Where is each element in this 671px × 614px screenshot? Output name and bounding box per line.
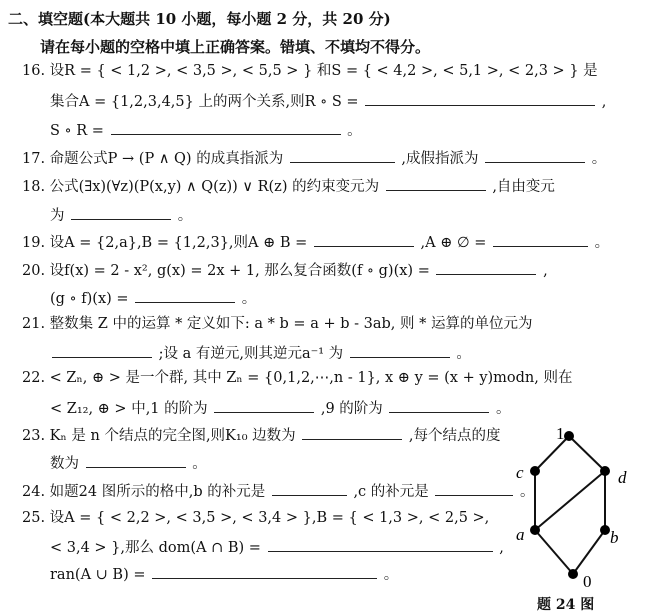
question-text: 设A = {2,a},B = {1,2,3},则A ⊕ B =	[50, 235, 312, 251]
question-text: 。	[192, 456, 207, 472]
question-text: 。	[384, 567, 399, 583]
question-text: ,成假指派为	[401, 151, 478, 167]
answer-blank[interactable]	[389, 398, 489, 413]
answer-blank[interactable]	[52, 343, 152, 358]
question-number: 20.	[22, 263, 45, 279]
answer-blank[interactable]	[214, 398, 314, 413]
question-text: 公式(∃x)(∀z)(P(x,y) ∧ Q(z)) ∨ R(z) 的约束变元为	[50, 179, 379, 195]
question-number: 21.	[22, 316, 45, 332]
question-text: ,每个结点的度	[409, 428, 501, 444]
label-0: 0	[583, 572, 592, 591]
question-number: 25.	[22, 510, 45, 526]
question-text: 为	[50, 208, 65, 224]
answer-blank[interactable]	[111, 120, 341, 135]
label-c: c	[516, 463, 524, 482]
question-21-line2: ;设 a 有逆元,则其逆元a⁻¹ 为 。	[50, 343, 471, 363]
question-text: 整数集 Z 中的运算 * 定义如下: a * b = a + b - 3ab, …	[50, 316, 533, 332]
answer-blank[interactable]	[135, 288, 235, 303]
answer-blank[interactable]	[152, 564, 377, 579]
question-text: 设f(x) = 2 - x², g(x) = 2x + 1, 那么复合函数(f …	[50, 263, 435, 279]
question-18-line2: 为 。	[50, 205, 192, 225]
node-d	[600, 466, 610, 476]
answer-blank[interactable]	[71, 205, 171, 220]
node-0	[568, 569, 578, 579]
answer-blank[interactable]	[493, 232, 588, 247]
question-text: 命题公式P → (P ∧ Q) 的成真指派为	[50, 151, 284, 167]
answer-blank[interactable]	[314, 232, 414, 247]
question-text: 集合A = {1,2,3,4,5} 上的两个关系,则R ∘ S =	[50, 94, 363, 110]
lattice-diagram: 1 c d a b 0	[500, 415, 671, 614]
question-number: 22.	[22, 370, 45, 386]
answer-blank[interactable]	[350, 343, 450, 358]
answer-blank[interactable]	[365, 91, 595, 106]
question-16: 16. 设R = { < 1,2 >, < 3,5 >, < 5,5 > } 和…	[22, 62, 598, 80]
question-22-line2: < Z₁₂, ⊕ > 中,1 的阶为 ,9 的阶为 。	[50, 398, 511, 418]
question-text: < Z₁₂, ⊕ > 中,1 的阶为	[50, 401, 208, 417]
question-number: 23.	[22, 428, 45, 444]
question-24: 24. 如题24 图所示的格中,b 的补元是 ,c 的补元是 。	[22, 481, 535, 501]
question-19: 19. 设A = {2,a},B = {1,2,3},则A ⊕ B = ,A ⊕…	[22, 232, 609, 252]
answer-blank[interactable]	[290, 148, 395, 163]
question-text: ,9 的阶为	[321, 401, 383, 417]
node-c	[530, 466, 540, 476]
question-text: < Zₙ, ⊕ > 是一个群, 其中 Zₙ = {0,1,2,⋯,n - 1},…	[50, 370, 573, 386]
question-text: ,c 的补元是	[353, 484, 428, 500]
node-b	[600, 525, 610, 535]
question-text: ,	[602, 94, 607, 110]
question-text: 。	[242, 291, 257, 307]
answer-blank[interactable]	[272, 481, 347, 496]
answer-blank[interactable]	[302, 425, 402, 440]
section-instruction: 请在每小题的空格中填上正确答案。错填、不填均不得分。	[40, 38, 430, 56]
label-a: a	[516, 525, 525, 544]
question-text: 。	[595, 235, 610, 251]
question-number: 18.	[22, 179, 45, 195]
figure-caption: 题 24 图	[537, 594, 594, 614]
question-25: 25. 设A = { < 2,2 >, < 3,5 >, < 3,4 > },B…	[22, 509, 489, 527]
question-number: 24.	[22, 484, 45, 500]
node-1	[564, 431, 574, 441]
question-text: 。	[347, 123, 362, 139]
question-number: 16.	[22, 63, 45, 79]
question-text: ;设 a 有逆元,则其逆元a⁻¹ 为	[159, 346, 344, 362]
question-text: 设A = { < 2,2 >, < 3,5 >, < 3,4 > },B = {…	[50, 510, 490, 526]
question-20-line2: (g ∘ f)(x) = 。	[50, 288, 256, 308]
question-23: 23. Kₙ 是 n 个结点的完全图,则K₁₀ 边数为 ,每个结点的度	[22, 425, 500, 445]
question-number: 19.	[22, 235, 45, 251]
question-17: 17. 命题公式P → (P ∧ Q) 的成真指派为 ,成假指派为 。	[22, 148, 606, 168]
section-heading: 二、填空题(本大题共 10 小题，每小题 2 分，共 20 分)	[8, 10, 391, 28]
question-text: 。	[456, 346, 471, 362]
question-20: 20. 设f(x) = 2 - x², g(x) = 2x + 1, 那么复合函…	[22, 260, 548, 280]
answer-blank[interactable]	[86, 453, 186, 468]
answer-blank[interactable]	[386, 176, 486, 191]
question-25-line2: < 3,4 > },那么 dom(A ∩ B) = ,	[50, 537, 504, 557]
question-text: S ∘ R =	[50, 123, 109, 139]
answer-blank[interactable]	[268, 537, 493, 552]
answer-blank[interactable]	[485, 148, 585, 163]
question-21: 21. 整数集 Z 中的运算 * 定义如下: a * b = a + b - 3…	[22, 315, 532, 333]
question-23-line2: 数为 。	[50, 453, 207, 473]
question-16-line2: 集合A = {1,2,3,4,5} 上的两个关系,则R ∘ S = ,	[50, 91, 606, 111]
label-d: d	[618, 468, 627, 487]
label-b: b	[610, 528, 619, 547]
question-16-line3: S ∘ R = 。	[50, 120, 362, 140]
answer-blank[interactable]	[436, 260, 536, 275]
lattice-edges	[535, 436, 605, 574]
question-25-line3: ran(A ∪ B) = 。	[50, 564, 398, 584]
question-22: 22. < Zₙ, ⊕ > 是一个群, 其中 Zₙ = {0,1,2,⋯,n -…	[22, 369, 573, 387]
lattice-nodes	[530, 431, 610, 579]
question-number: 17.	[22, 151, 45, 167]
question-text: Kₙ 是 n 个结点的完全图,则K₁₀ 边数为	[50, 428, 296, 444]
label-1: 1	[556, 424, 565, 443]
question-text: ran(A ∪ B) =	[50, 567, 150, 583]
question-text: ,A ⊕ ∅ =	[421, 235, 491, 251]
question-text: ,自由变元	[492, 179, 555, 195]
question-text: (g ∘ f)(x) =	[50, 291, 133, 307]
question-text: 。	[178, 208, 193, 224]
question-text: 设R = { < 1,2 >, < 3,5 >, < 5,5 > } 和S = …	[50, 63, 598, 79]
node-a	[530, 525, 540, 535]
question-text: ,	[543, 263, 548, 279]
question-text: 数为	[50, 456, 79, 472]
question-text: < 3,4 > },那么 dom(A ∩ B) =	[50, 540, 266, 556]
question-18: 18. 公式(∃x)(∀z)(P(x,y) ∧ Q(z)) ∨ R(z) 的约束…	[22, 176, 555, 196]
question-text: 。	[592, 151, 607, 167]
question-text: 如题24 图所示的格中,b 的补元是	[50, 484, 266, 500]
